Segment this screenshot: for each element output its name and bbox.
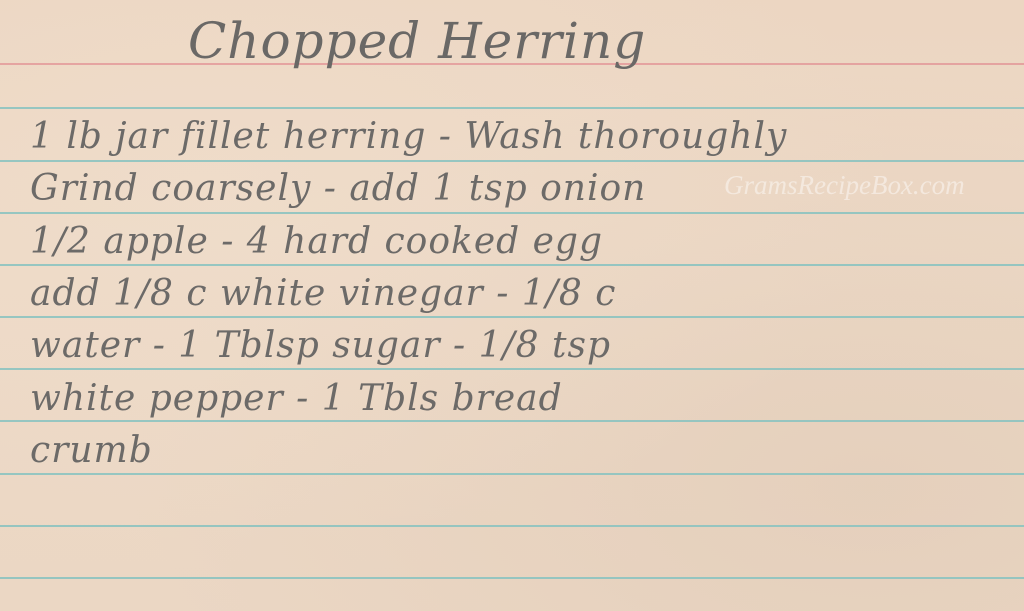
recipe-line: 1 lb jar fillet herring - Wash thoroughl… bbox=[30, 116, 787, 157]
recipe-title: Chopped Herring bbox=[188, 12, 646, 70]
blue-rule bbox=[0, 368, 1024, 370]
blue-rule bbox=[0, 316, 1024, 318]
blue-rule bbox=[0, 160, 1024, 162]
blue-rule bbox=[0, 264, 1024, 266]
blue-rule bbox=[0, 473, 1024, 475]
blue-rule bbox=[0, 420, 1024, 422]
blue-rule bbox=[0, 107, 1024, 109]
recipe-card: Chopped Herring 1 lb jar fillet herring … bbox=[0, 0, 1024, 611]
recipe-line: crumb bbox=[30, 430, 153, 471]
blue-rule bbox=[0, 212, 1024, 214]
recipe-line: white pepper - 1 Tbls bread bbox=[30, 378, 563, 419]
blue-rule bbox=[0, 525, 1024, 527]
blue-rule bbox=[0, 577, 1024, 579]
recipe-line: water - 1 Tblsp sugar - 1/8 tsp bbox=[30, 325, 611, 366]
recipe-line: 1/2 apple - 4 hard cooked egg bbox=[30, 221, 603, 262]
watermark: GramsRecipeBox.com bbox=[724, 170, 965, 201]
recipe-line: Grind coarsely - add 1 tsp onion bbox=[30, 168, 646, 209]
recipe-line: add 1/8 c white vinegar - 1/8 c bbox=[30, 273, 616, 314]
